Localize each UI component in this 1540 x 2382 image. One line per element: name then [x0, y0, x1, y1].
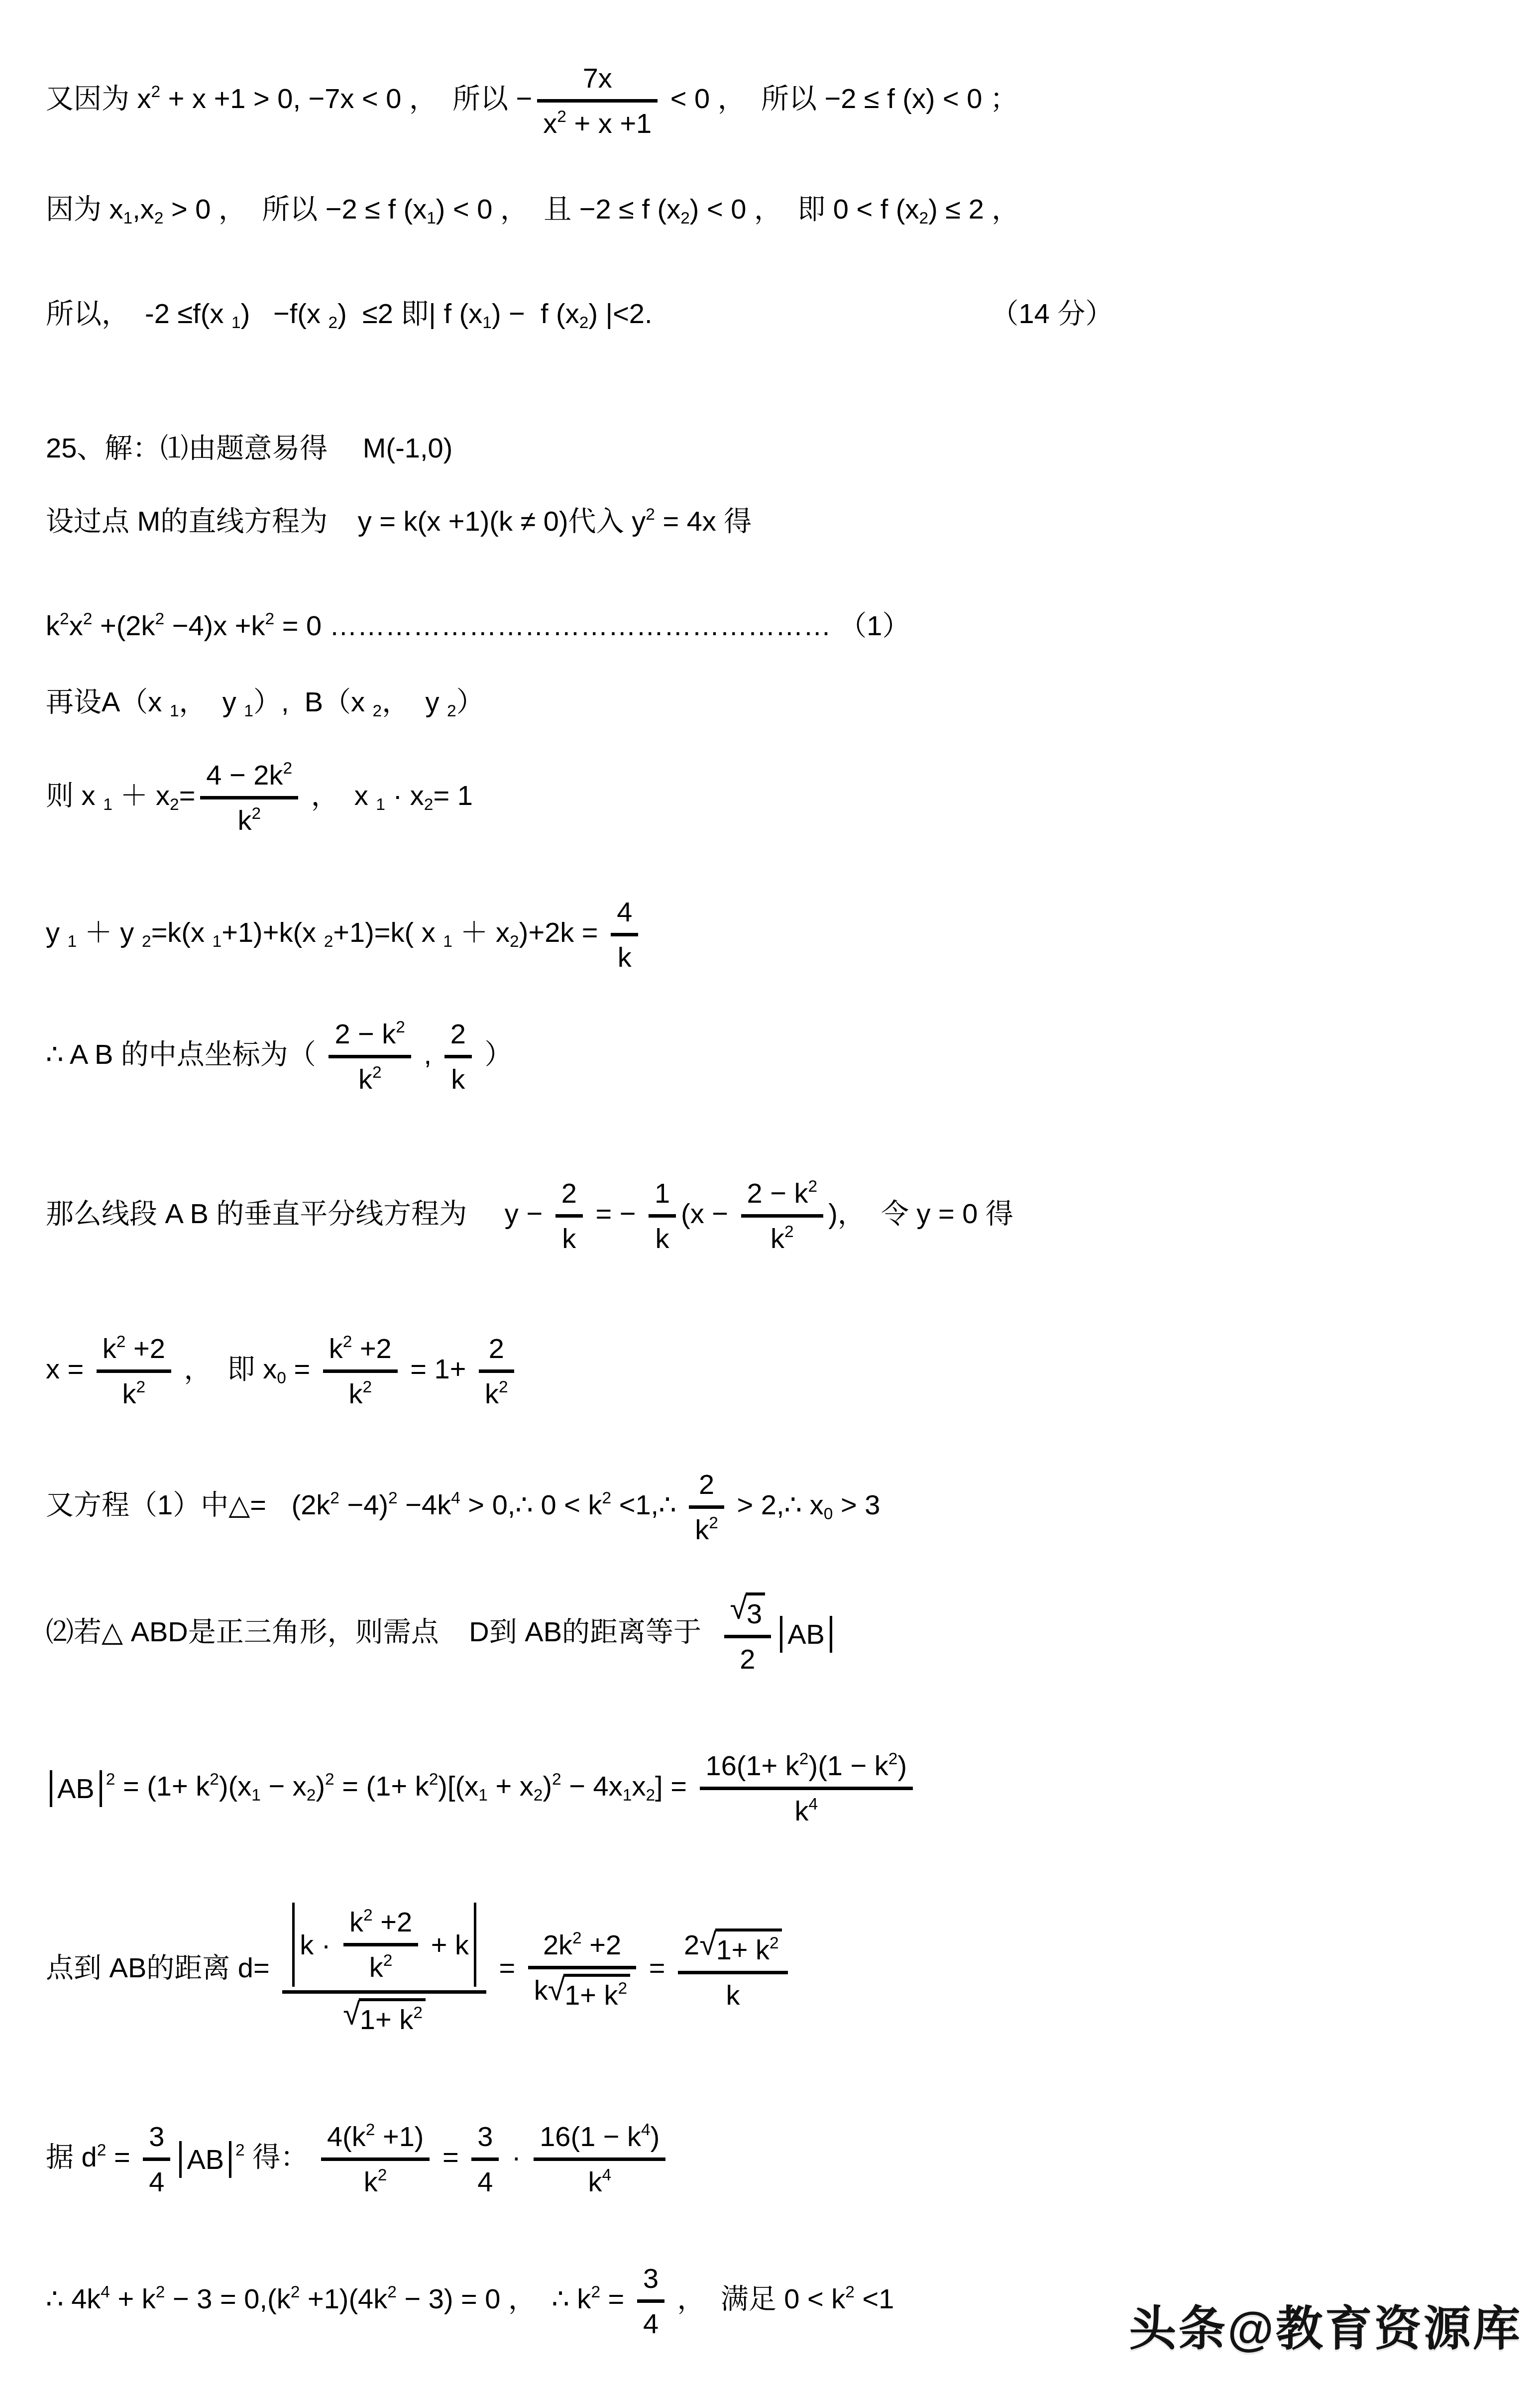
- fraction: √32: [724, 1590, 771, 1678]
- math-document: 又因为 x2 + x +1 > 0, −7x < 0 ， 所以 −7xx2 + …: [0, 0, 1540, 2382]
- line-distance-d: 点到 AB的距离 d= k · k2 +2k2 + k√1+ k2 = 2k2 …: [46, 1902, 793, 2038]
- superscript: 4: [602, 2165, 611, 2186]
- superscript: 2: [283, 758, 292, 779]
- subscript: 0: [277, 1368, 286, 1389]
- superscript: 2: [646, 504, 655, 525]
- fraction: 2k2: [689, 1466, 724, 1548]
- text-run: )(1 − k: [809, 1750, 888, 1781]
- text-run: k: [485, 1378, 499, 1409]
- superscript: 2: [343, 1332, 352, 1353]
- radicand: 3: [746, 1592, 765, 1631]
- text-run: k: [588, 2166, 602, 2197]
- superscript: 2: [265, 609, 274, 630]
- text-run: −4)x +k: [164, 610, 265, 641]
- text-run: =: [179, 780, 196, 811]
- text-run: 16(1+ k: [706, 1750, 799, 1781]
- subscript: 2: [919, 208, 928, 229]
- spacer: [335, 530, 358, 531]
- subscript: 2: [447, 701, 456, 722]
- denominator: k2: [231, 802, 267, 839]
- superscript: 2: [383, 1950, 393, 1971]
- text-run: + x: [488, 1770, 534, 1802]
- text-run: −4k: [398, 1489, 451, 1520]
- text-run: 所以， -2 ≤f(x: [46, 298, 231, 329]
- superscript: 2: [325, 1769, 334, 1790]
- square-root: √1+ k2: [699, 1928, 782, 1967]
- numerator: 2: [555, 1175, 583, 1212]
- subscript: 2: [373, 701, 382, 722]
- numerator: 3: [637, 2260, 664, 2297]
- superscript: 2: [210, 1769, 219, 1790]
- subscript: 1: [244, 701, 253, 722]
- text-run: ， 即 x: [176, 1353, 277, 1384]
- line-midpoint: ∴ A B 的中点坐标为（ 2 − k2k2 , 2k ）: [46, 1016, 512, 1098]
- superscript: 2: [106, 1769, 115, 1790]
- text-run: < 0 ， 所以 −2 ≤ f (x) < 0 ；: [662, 83, 1018, 114]
- subscript: 2: [307, 1785, 316, 1806]
- line-line-equation: 设过点 M的直线方程为 y = k(x +1)(k ≠ 0)代入 y2 = 4x…: [46, 504, 752, 539]
- fraction-bar: [143, 2157, 170, 2161]
- text-run: − 3) = 0 ， ∴ k: [397, 2283, 591, 2314]
- fraction: k · k2 +2k2 + k√1+ k2: [282, 1902, 486, 2038]
- text-run: （1）: [831, 610, 910, 641]
- radical-sign: √: [730, 1593, 747, 1624]
- fraction-bar: [329, 1055, 411, 1058]
- text-run: k: [349, 1906, 363, 1937]
- text-run: 2k: [543, 1929, 572, 1960]
- superscript: 2: [591, 2282, 600, 2303]
- text-run: − x: [261, 1770, 307, 1802]
- text-run: ， x: [303, 780, 376, 811]
- fraction: 34: [143, 2118, 170, 2200]
- denominator: k: [556, 1220, 582, 1257]
- superscript: 2: [388, 1488, 398, 1509]
- subscript: 2: [680, 208, 690, 229]
- text-run: <1,∴: [611, 1489, 684, 1520]
- subscript: 0: [824, 1504, 833, 1525]
- text-run: ) |<2.: [588, 298, 652, 329]
- denominator: 4: [637, 2305, 664, 2342]
- numerator: k2 +2: [97, 1330, 171, 1367]
- fraction: 1k: [649, 1175, 676, 1257]
- text-run: 2: [684, 1929, 699, 1960]
- line-equation-1: k2x2 +(2k2 −4)x +k2 = 0 ……………………………………………: [46, 608, 910, 643]
- text-run: = 1: [434, 780, 473, 811]
- radicand: 1+ k2: [359, 1998, 426, 2037]
- square-root: √1+ k2: [343, 1998, 426, 2037]
- fraction-bar: [700, 1787, 913, 1790]
- superscript: 2: [136, 1377, 146, 1398]
- superscript: 2: [291, 2282, 300, 2303]
- text-run: AB: [57, 1771, 95, 1806]
- superscript: 2: [572, 1928, 582, 1949]
- text-run: k: [46, 610, 60, 641]
- text-run: +2: [582, 1929, 621, 1960]
- superscript: 2: [366, 2120, 375, 2141]
- denominator: k2: [342, 1375, 378, 1412]
- text-run: > 0,∴ 0 < k: [460, 1489, 602, 1520]
- absolute-value: AB: [179, 2141, 231, 2178]
- text-run: k: [794, 1795, 808, 1826]
- text-run: ) − f (x: [492, 298, 579, 329]
- denominator: 4: [471, 2163, 499, 2200]
- text-run: ·: [504, 2141, 529, 2172]
- line-final-k-squared: ∴ 4k4 + k2 − 3 = 0,(k2 +1)(4k2 − 3) = 0 …: [46, 2260, 894, 2342]
- text-run: ， y: [382, 686, 447, 717]
- text-run: ）, B（x: [253, 686, 373, 717]
- text-run: k: [562, 1223, 576, 1254]
- text-run: 3: [477, 2121, 493, 2152]
- fraction: 16(1+ k2)(1 − k2)k4: [700, 1747, 913, 1829]
- text-run: (x −: [681, 1198, 736, 1229]
- denominator: k4: [788, 1793, 824, 1829]
- superscript: 2: [155, 609, 164, 630]
- subscript: 2: [646, 1785, 655, 1806]
- text-run: + x +1: [566, 108, 652, 139]
- text-run: k: [103, 1333, 116, 1364]
- superscript: 2: [429, 1769, 439, 1790]
- text-run: 3: [149, 2121, 164, 2152]
- spacer: [475, 1223, 505, 1223]
- numerator: 3: [143, 2118, 170, 2155]
- numerator: 4 − 2k2: [200, 757, 298, 794]
- text-run: ⑵若△ ABD是正三角形，则需点: [46, 1616, 446, 1647]
- text-run: 1+ k: [716, 1934, 770, 1965]
- fraction-bar: [555, 1214, 583, 1218]
- line-perpendicular-bisector: 那么线段 A B 的垂直平分线方程为 y − 2k = − 1k(x − 2 −…: [46, 1175, 1013, 1257]
- denominator: 4: [143, 2163, 170, 2200]
- superscript: 2: [362, 1377, 372, 1398]
- text-run: ………………………………………………: [330, 610, 831, 641]
- superscript: 2: [330, 1488, 339, 1509]
- superscript: 2: [808, 1176, 818, 1197]
- fraction-bar: [282, 1990, 486, 1994]
- text-run: )， 令 y = 0 得: [828, 1198, 1013, 1229]
- fraction: 4k: [611, 894, 638, 976]
- subscript: 1: [443, 931, 452, 952]
- fraction-bar: [537, 99, 658, 103]
- text-run: x: [69, 610, 83, 641]
- numerator: k · k2 +2k2 + k: [282, 1902, 486, 1988]
- numerator: 4(k2 +1): [321, 2118, 430, 2155]
- fraction: k2 +2k2: [97, 1330, 171, 1412]
- text-run: 1: [655, 1177, 670, 1209]
- text-run: 3: [643, 2263, 659, 2294]
- superscript: 2: [618, 1978, 628, 1999]
- fraction: 2k: [444, 1016, 472, 1098]
- subscript: 1: [231, 313, 241, 334]
- text-run: k: [618, 941, 632, 973]
- numerator: k2 +2: [323, 1330, 398, 1367]
- text-run: + x +1 > 0, −7x < 0 ， 所以 −: [160, 83, 532, 114]
- subscript: 1: [478, 1785, 488, 1806]
- text-run: k: [451, 1063, 465, 1095]
- fraction: k2 +2k2: [323, 1330, 398, 1412]
- fraction-bar: [444, 1055, 472, 1058]
- text-run: +1): [375, 2121, 424, 2152]
- text-run: D到 AB的距离等于: [469, 1616, 709, 1647]
- absolute-value: AB: [50, 1770, 102, 1807]
- text-run: 点到 AB的距离 d=: [46, 1952, 277, 1983]
- fraction-bar: [741, 1214, 824, 1218]
- numerator: k2 +2: [343, 1904, 418, 1940]
- text-run: 2 − k: [334, 1018, 396, 1049]
- text-run: y −: [505, 1198, 550, 1229]
- spacer: [653, 323, 991, 323]
- text-run: )(x: [219, 1770, 251, 1802]
- text-run: k: [534, 1974, 548, 2006]
- text-run: =k(x: [151, 916, 213, 948]
- solution-lines: 又因为 x2 + x +1 > 0, −7x < 0 ， 所以 −7xx2 + …: [0, 0, 1540, 2382]
- text-run: = 0: [274, 610, 330, 641]
- text-run: − 3 = 0,(k: [165, 2283, 291, 2314]
- text-run: ): [316, 1770, 325, 1802]
- fraction-bar: [343, 1943, 418, 1946]
- text-run: ,x: [132, 193, 154, 225]
- superscript: 2: [557, 107, 566, 127]
- fraction-bar: [321, 2157, 430, 2161]
- subscript: 2: [510, 931, 519, 952]
- numerator: 2: [444, 1016, 472, 1052]
- text-run: （14 分）: [991, 298, 1113, 329]
- subscript: 2: [170, 794, 179, 815]
- fraction: k2 +2k2: [343, 1904, 418, 1986]
- subscript: 2: [579, 313, 589, 334]
- fraction: 34: [637, 2260, 664, 2342]
- superscript: 2: [799, 1749, 809, 1770]
- radical-sign: √: [343, 1999, 360, 2030]
- fraction-bar: [471, 2157, 499, 2161]
- text-run: ] =: [655, 1770, 694, 1802]
- fraction-bar: [689, 1505, 724, 1509]
- text-run: k: [726, 1979, 740, 2011]
- text-run: AB: [787, 1617, 825, 1652]
- superscript: 2: [784, 1222, 794, 1243]
- line-y-sum: y 1 ＋ y 2=k(x 1+1)+k(x 2+1)=k( x 1 ＋ x2)…: [46, 894, 643, 976]
- text-run: k: [122, 1378, 136, 1409]
- subscript: 1: [376, 794, 385, 815]
- denominator: 2: [734, 1641, 761, 1678]
- subscript: 1: [623, 1785, 632, 1806]
- fraction-bar: [323, 1369, 398, 1373]
- text-run: 又方程（1）中△=: [46, 1489, 274, 1520]
- square-root: √1+ k2: [548, 1974, 631, 2013]
- text-run: 1+ k: [564, 1979, 618, 2011]
- superscript: 4: [101, 2282, 110, 2303]
- text-run: 4: [643, 2308, 659, 2339]
- text-run: x =: [46, 1353, 92, 1384]
- absolute-value: AB: [780, 1616, 832, 1653]
- spacer: [446, 1641, 469, 1641]
- denominator: k2: [689, 1511, 724, 1548]
- denominator: k2: [363, 1949, 399, 1986]
- line-conclusion-14pts: 所以， -2 ≤f(x 1) −f(x 2) ≤2 即| f (x1) − f …: [46, 296, 1113, 334]
- denominator: k√1+ k2: [528, 1972, 637, 2014]
- numerator: 3: [471, 2118, 499, 2155]
- superscript: 2: [60, 609, 69, 630]
- subscript: 1: [103, 794, 112, 815]
- text-run: 3: [747, 1598, 762, 1629]
- line-ab-squared: AB2 = (1+ k2)(x1 − x2)2 = (1+ k2)[(x1 + …: [46, 1747, 918, 1829]
- numerator: 2 − k2: [741, 1175, 824, 1212]
- subscript: 2: [154, 208, 164, 229]
- line-points-ab: 再设A（x 1， y 1）, B（x 2， y 2）: [46, 684, 484, 722]
- text-run: x: [543, 108, 557, 139]
- denominator: k4: [582, 2163, 617, 2200]
- superscript: 2: [552, 1769, 561, 1790]
- text-run: 2: [561, 1177, 577, 1209]
- text-run: 25、解：⑴由题意易得: [46, 432, 335, 463]
- fraction: 4 − 2k2k2: [200, 757, 298, 839]
- text-run: 则 x: [46, 780, 103, 811]
- superscript: 2: [116, 1332, 126, 1353]
- text-run: = (1+ k: [334, 1770, 429, 1802]
- text-run: −4): [339, 1489, 388, 1520]
- fraction-bar: [479, 1369, 514, 1373]
- text-run: k ·: [300, 1928, 338, 1962]
- fraction-bar: [637, 2299, 664, 2303]
- fraction: 4(k2 +1)k2: [321, 2118, 430, 2200]
- denominator: k2: [765, 1220, 800, 1257]
- fraction-bar: [724, 1635, 771, 1638]
- text-run: +1)+k(x: [221, 916, 324, 948]
- text-run: ): [543, 1770, 552, 1802]
- text-run: 又因为 x: [46, 83, 151, 114]
- fraction-bar: [678, 1971, 788, 1974]
- text-run: ， 满足 0 < k: [669, 2283, 845, 2314]
- superscript: 2: [888, 1749, 898, 1770]
- text-run: + k: [110, 2283, 156, 2314]
- fraction: 2 − k2k2: [329, 1016, 411, 1098]
- superscript: 4: [808, 1794, 818, 1815]
- subscript: 1: [482, 313, 492, 334]
- superscript: 2: [151, 82, 161, 103]
- text-run: ）: [477, 1038, 513, 1070]
- subscript: 1: [170, 701, 179, 722]
- text-run: ) ≤2 即| f (x: [337, 298, 482, 329]
- text-run: ): [897, 1750, 907, 1781]
- numerator: 16(1+ k2)(1 − k2): [700, 1747, 913, 1784]
- denominator: k: [612, 939, 638, 976]
- spacer: [709, 1641, 719, 1641]
- numerator: 1: [649, 1175, 676, 1212]
- subscript: 2: [142, 931, 151, 952]
- superscript: 2: [499, 1377, 508, 1398]
- text-run: 那么线段 A B 的垂直平分线方程为: [46, 1198, 475, 1229]
- text-run: k: [358, 1063, 372, 1095]
- text-run: 4: [149, 2166, 164, 2197]
- superscript: 2: [235, 2140, 245, 2161]
- numerator: 2: [693, 1466, 720, 1503]
- superscript: 2: [363, 1905, 373, 1926]
- subscript: 2: [424, 794, 434, 815]
- text-run: 因为 x: [46, 193, 123, 225]
- numerator: 2 − k2: [329, 1016, 411, 1052]
- text-run: k: [695, 1514, 709, 1545]
- denominator: k: [445, 1061, 471, 1098]
- fraction: 7xx2 + x +1: [537, 60, 658, 142]
- numerator: 16(1 − k4): [534, 2118, 665, 2155]
- text-run: +2: [126, 1333, 165, 1364]
- text-run: x: [632, 1770, 646, 1802]
- text-run: k: [329, 1333, 343, 1364]
- text-run: ＋ x: [112, 780, 170, 811]
- text-run: = 1+: [403, 1353, 474, 1384]
- superscript: 2: [413, 2003, 423, 2024]
- denominator: k: [650, 1220, 675, 1257]
- text-run: > 3: [833, 1489, 880, 1520]
- numerator: √3: [724, 1590, 771, 1632]
- text-run: =: [600, 2283, 632, 2314]
- text-run: =: [435, 2141, 466, 2172]
- denominator: x2 + x +1: [537, 105, 658, 142]
- text-run: 4 − 2k: [206, 759, 283, 791]
- watermark: 头条@教育资源库: [1129, 2291, 1522, 2359]
- text-run: 设过点 M的直线方程为: [46, 505, 335, 537]
- text-run: k: [364, 2166, 378, 2197]
- text-run: ， y: [179, 686, 244, 717]
- radical-sign: √: [699, 1929, 716, 1960]
- superscript: 2: [156, 2282, 165, 2303]
- denominator: k2: [116, 1375, 152, 1412]
- radicand: 1+ k2: [563, 1974, 630, 2013]
- text-run: > 0 ， 所以 −2 ≤ f (x: [164, 193, 427, 225]
- text-run: =: [286, 1353, 318, 1384]
- fraction: 2 − k2k2: [741, 1175, 824, 1257]
- superscript: 2: [387, 2282, 397, 2303]
- text-run: ∴ 4k: [46, 2283, 101, 2314]
- numerator: 4: [611, 894, 638, 930]
- subscript: 1: [213, 931, 222, 952]
- numerator: 2√1+ k2: [678, 1927, 788, 1968]
- subscript: 2: [328, 313, 337, 334]
- superscript: 4: [641, 2120, 651, 2141]
- subscript: 1: [123, 208, 133, 229]
- fraction: 2k2 +2k√1+ k2: [528, 1927, 637, 2014]
- text-run: 2: [450, 1018, 466, 1049]
- fraction: 34: [471, 2118, 499, 2200]
- text-run: M(-1,0): [363, 432, 452, 463]
- text-run: ) < 0 ， 即 0 < f (x: [690, 193, 919, 225]
- fraction: 2k: [555, 1175, 583, 1257]
- text-run: − 4x: [561, 1770, 623, 1802]
- text-run: 2: [699, 1469, 714, 1500]
- fraction-bar: [200, 796, 298, 799]
- text-run: 2: [489, 1333, 504, 1364]
- superscript: 2: [372, 1062, 382, 1083]
- line-x0: x = k2 +2k2 ， 即 x0 = k2 +2k2 = 1+ 2k2: [46, 1330, 519, 1412]
- text-run: =: [641, 1952, 673, 1983]
- text-run: y = k(x +1)(k ≠ 0)代入 y: [358, 505, 646, 537]
- subscript: 1: [251, 1785, 261, 1806]
- text-run: = −: [588, 1198, 644, 1229]
- subscript: 2: [324, 931, 333, 952]
- subscript: 2: [534, 1785, 543, 1806]
- radicand: 1+ k2: [715, 1928, 782, 1967]
- text-run: 4: [617, 896, 632, 927]
- text-run: ＋ y: [77, 916, 142, 948]
- text-run: ) < 0 ， 且 −2 ≤ f (x: [436, 193, 680, 225]
- line-inequality-fx: 又因为 x2 + x +1 > 0, −7x < 0 ， 所以 −7xx2 + …: [46, 60, 1018, 142]
- text-run: )+2k =: [519, 916, 606, 948]
- text-run: AB: [187, 2142, 224, 2177]
- fraction: 2k2: [479, 1330, 514, 1412]
- fraction: 16(1 − k4)k4: [534, 2118, 665, 2200]
- radical-sign: √: [548, 1974, 565, 2006]
- denominator: √1+ k2: [337, 1996, 432, 2038]
- text-run: ）: [456, 686, 484, 717]
- line-d-squared-equation: 据 d2 = 34AB2 得： 4(k2 +1)k2 = 34 · 16(1 −…: [46, 2118, 670, 2200]
